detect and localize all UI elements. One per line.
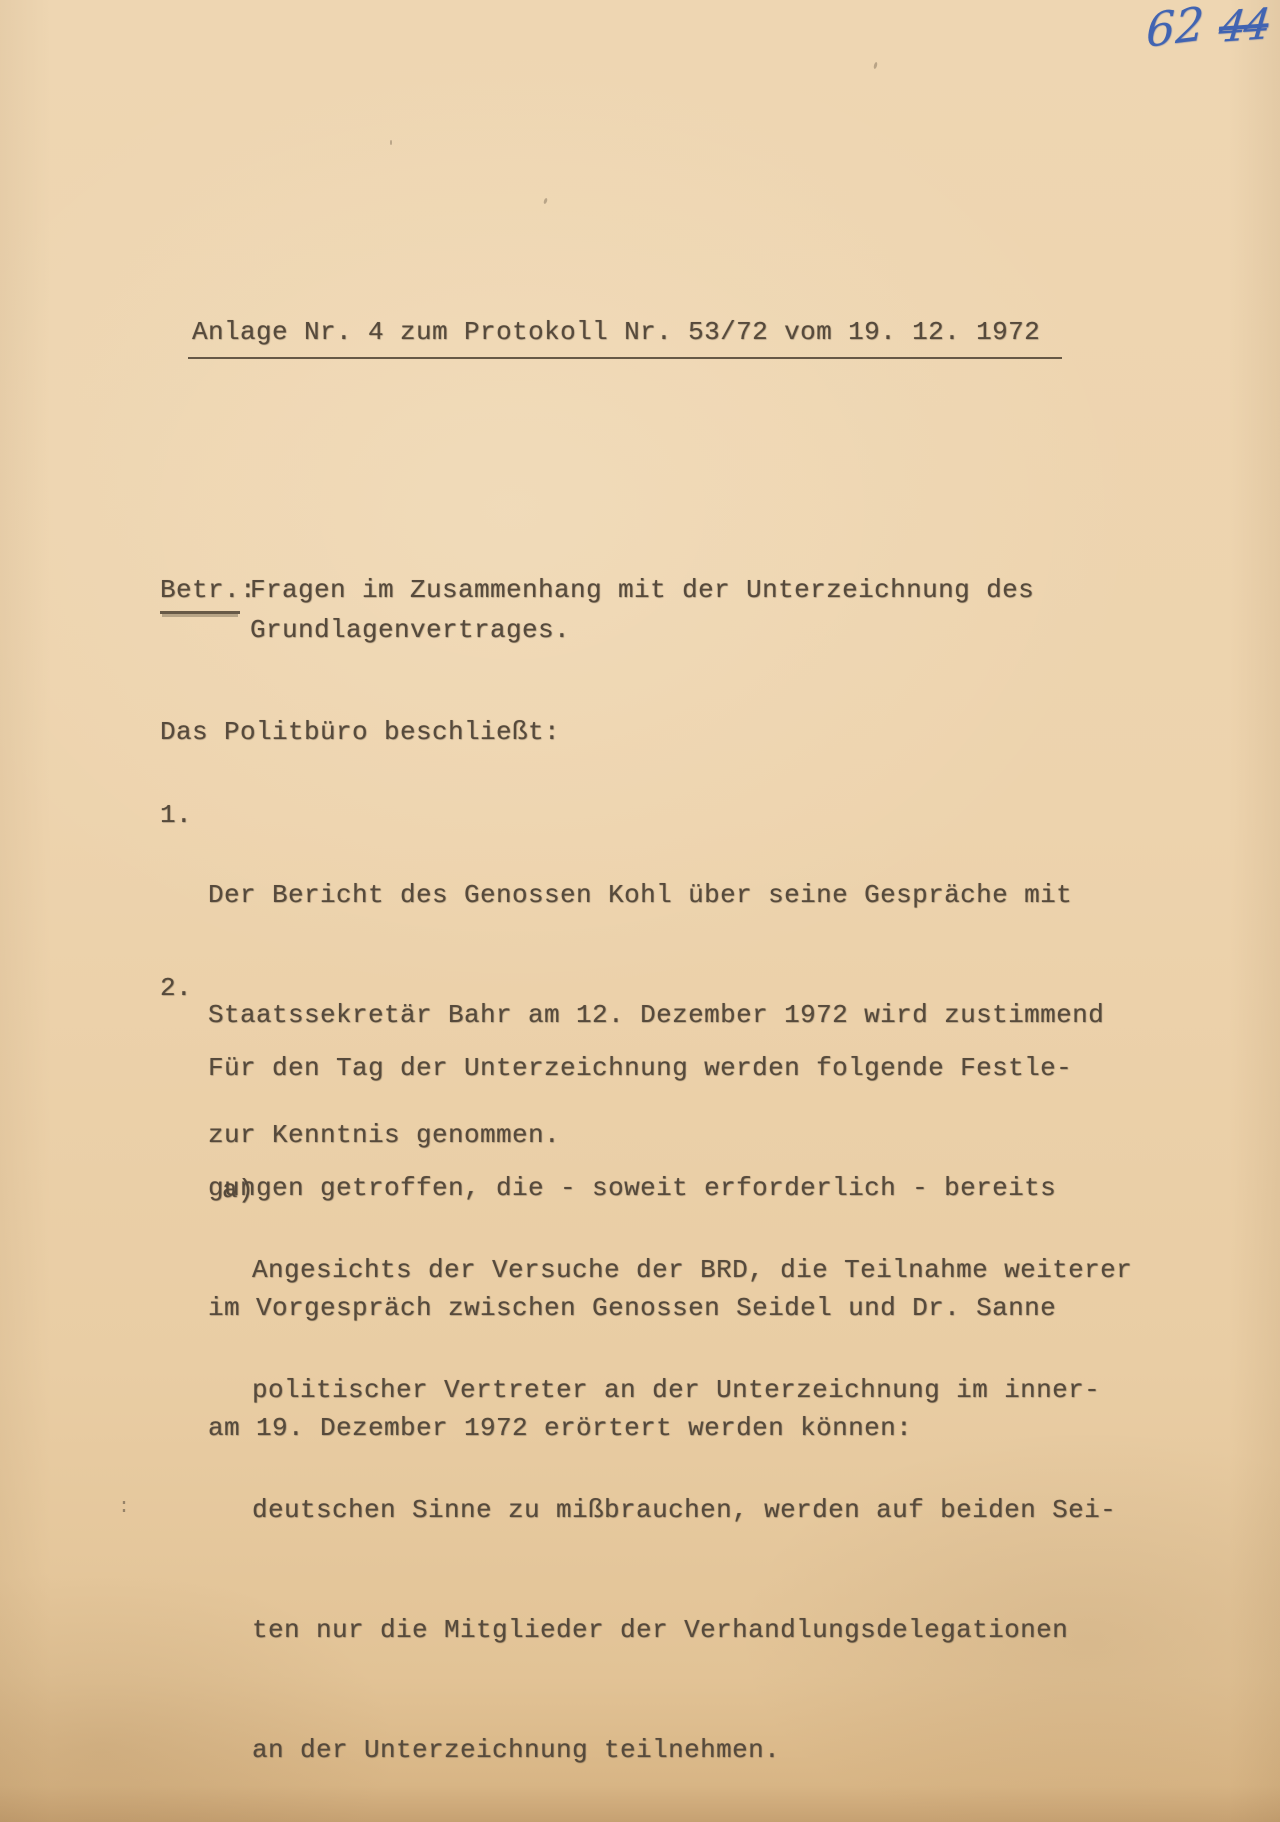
subitem-a-line: ten nur die Mitglieder der Verhandlungsd… <box>252 1610 1132 1650</box>
subitem-a-line: politischer Vertreter an der Unterzeichn… <box>252 1370 1132 1410</box>
subject-label-underlined: Betr. <box>160 570 240 614</box>
subitem-a-line: Angesichts der Versuche der BRD, die Tei… <box>252 1250 1132 1290</box>
document-title: Anlage Nr. 4 zum Protokoll Nr. 53/72 vom… <box>160 272 1062 359</box>
subject-label: Betr.: <box>160 570 256 614</box>
item-2-line: Für den Tag der Unterzeichnung werden fo… <box>208 1048 1072 1088</box>
subitem-a-body: Angesichts der Versuche der BRD, die Tei… <box>252 1170 1132 1810</box>
stray-ink-mark: : <box>118 1488 130 1528</box>
item-1-line: Der Bericht des Genossen Kohl über seine… <box>208 875 1104 915</box>
subitem-a-line: deutschen Sinne zu mißbrauchen, werden a… <box>252 1490 1132 1530</box>
intro-line: Das Politbüro beschließt: <box>160 712 560 752</box>
handwritten-number-struck: 44 <box>1216 2 1270 50</box>
item-2-number: 2. <box>160 968 192 1008</box>
subitem-a-line: an der Unterzeichnung teilnehmen. <box>252 1730 1132 1770</box>
paper-speck <box>390 140 392 145</box>
subject-line-2: Grundlagenvertrages. <box>250 610 570 650</box>
item-1-number: 1. <box>160 795 192 835</box>
handwritten-number: 62 <box>1146 0 1205 54</box>
document-title-text: Anlage Nr. 4 zum Protokoll Nr. 53/72 vom… <box>188 312 1062 359</box>
subitem-a-label: a) <box>222 1170 254 1210</box>
handwritten-page-numbers: 62 44 <box>1146 4 1268 50</box>
subject-line-1: Fragen im Zusammenhang mit der Unterzeic… <box>250 570 1034 610</box>
